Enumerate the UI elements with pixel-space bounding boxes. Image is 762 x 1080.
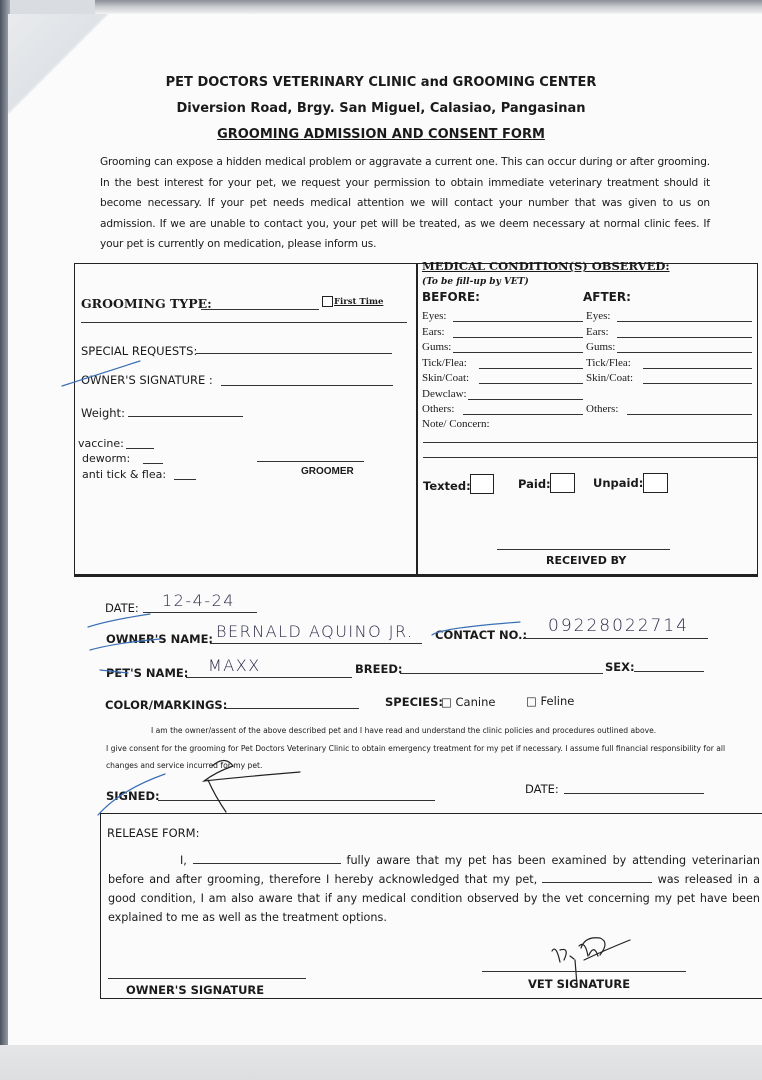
pen-check-contact [432, 622, 520, 635]
vet-signature-label: VET SIGNATURE [528, 977, 630, 991]
release-owner-name-field[interactable] [193, 853, 341, 864]
release-owner-signature-label: OWNER'S SIGNATURE [126, 983, 264, 997]
owner-signature-scribble [204, 761, 300, 813]
release-owner-signature-line[interactable] [108, 978, 306, 979]
pen-check-pet-name [90, 639, 160, 650]
pen-check-owner-signature [62, 361, 140, 386]
pen-check-pet-name-2 [100, 670, 128, 673]
release-paragraph: I, fully aware that my pet has been exam… [108, 851, 760, 927]
pen-check-owner-name [88, 614, 150, 627]
release-text-1: I, [108, 854, 187, 867]
pen-check-signed [98, 774, 165, 815]
release-form-title: RELEASE FORM: [107, 826, 199, 840]
release-pet-name-field[interactable] [542, 872, 652, 883]
vet-signature-line[interactable] [482, 971, 686, 972]
